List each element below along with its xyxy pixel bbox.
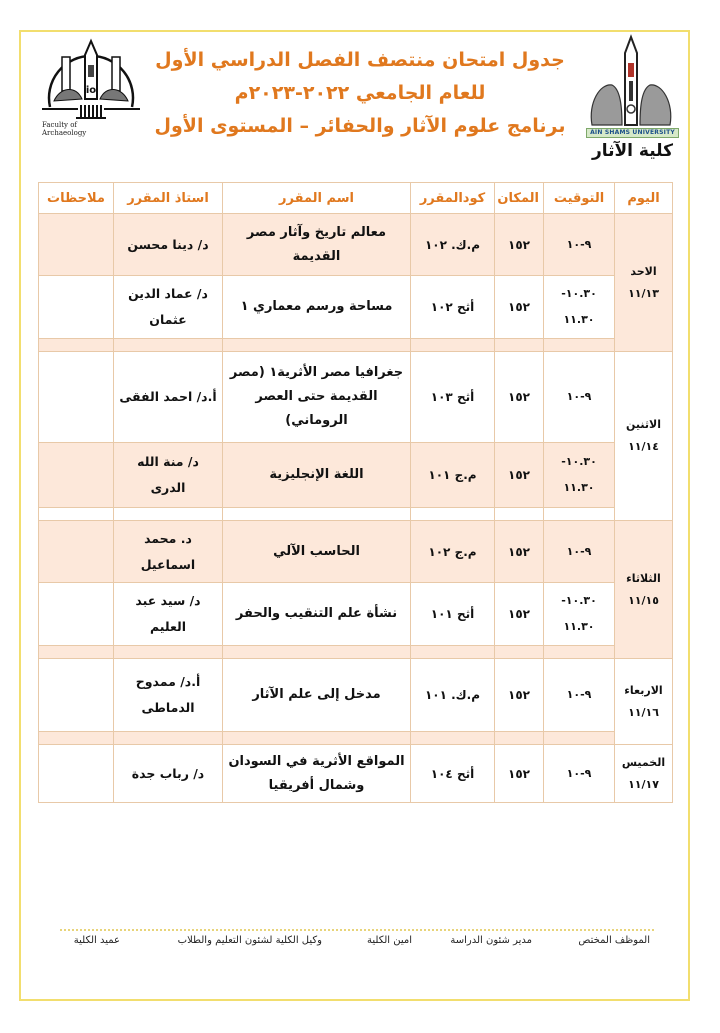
day-cell-wednesday: الاربعاء ١١/١٦ [615,659,673,745]
place-cell: ١٥٢ [495,276,544,339]
course-name-cell: اللغة الإنجليزية [223,443,411,508]
signature-dean: عميد الكلية [74,935,120,946]
faculty-name-arabic: كلية الآثار [585,141,680,161]
professor-cell: د/ سيد عبد العليم [114,583,223,646]
col-header-day: اليوم [615,183,673,214]
ain-shams-band: AIN SHAMS UNIVERSITY [586,128,679,138]
time-cell: ١٠.٣٠- ١١.٣٠ [544,443,615,508]
professor-cell: د/ منة الله الدرى [114,443,223,508]
course-name-cell: مدخل إلى علم الآثار [223,659,411,732]
col-header-place: المكان [495,183,544,214]
signature-studies-director: مدير شئون الدراسة [450,935,532,946]
place-cell: ١٥٢ [495,745,544,803]
notes-cell [39,352,114,443]
time-cell: ٩-١٠ [544,659,615,732]
table-row: ١٠.٣٠- ١١.٣٠ ١٥٢ م.ج ١٠١ اللغة الإنجليزي… [39,443,673,508]
signature-officer: الموظف المختص [578,935,650,946]
separator-row [39,646,673,659]
signature-row: الموظف المختص مدير شئون الدراسة امين الك… [50,935,650,955]
exam-schedule-table: اليوم التوقيت المكان كودالمقرر اسم المقر… [38,182,673,803]
course-code-cell: أثح ١٠١ [411,583,495,646]
table-header-row: اليوم التوقيت المكان كودالمقرر اسم المقر… [39,183,673,214]
col-header-time: التوقيت [544,183,615,214]
professor-cell: د/ دينا محسن [114,214,223,276]
course-code-cell: م.ك. ١٠١ [411,659,495,732]
course-code-cell: م.ج ١٠٢ [411,521,495,583]
signature-divider [60,929,654,931]
time-cell: ٩-١٠ [544,745,615,803]
table-row: الاحد ١١/١٣ ٩-١٠ ١٥٢ م.ك. ١٠٢ معالم تاري… [39,214,673,276]
col-header-professor: استاذ المقرر [114,183,223,214]
notes-cell [39,214,114,276]
page-title: جدول امتحان منتصف الفصل الدراسي الأول لل… [150,44,570,143]
day-cell-tuesday: الثلاثاء ١١/١٥ [615,521,673,659]
place-cell: ١٥٢ [495,352,544,443]
notes-cell [39,276,114,339]
separator-row [39,508,673,521]
professor-cell: د. محمد اسماعيل [114,521,223,583]
day-cell-sunday: الاحد ١١/١٣ [615,214,673,352]
notes-cell [39,583,114,646]
table-row: الثلاثاء ١١/١٥ ٩-١٠ ١٥٢ م.ج ١٠٢ الحاسب ا… [39,521,673,583]
table-row: الاثنين ١١/١٤ ٩-١٠ ١٥٢ أثح ١٠٣ جغرافيا م… [39,352,673,443]
professor-cell: د/ رباب جدة [114,745,223,803]
notes-cell [39,659,114,732]
table-row: ١٠.٣٠- ١١.٣٠ ١٥٢ أثح ١٠٢ مساحة ورسم معما… [39,276,673,339]
col-header-notes: ملاحظات [39,183,114,214]
place-cell: ١٥٢ [495,583,544,646]
notes-cell [39,745,114,803]
time-cell: ١٠.٣٠- ١١.٣٠ [544,583,615,646]
signature-vice-dean: وكيل الكلية لشئون التعليم والطلاب [178,935,322,946]
notes-cell [39,443,114,508]
course-code-cell: أثح ١٠٤ [411,745,495,803]
course-name-cell: المواقع الأثرية في السودان وشمال أفريقيا [223,745,411,803]
place-cell: ١٥٢ [495,659,544,732]
place-cell: ١٥٢ [495,521,544,583]
place-cell: ١٥٢ [495,443,544,508]
separator-row [39,732,673,745]
table-row: الاربعاء ١١/١٦ ٩-١٠ ١٥٢ م.ك. ١٠١ مدخل إل… [39,659,673,732]
obelisk-circle-icon: io [36,35,146,121]
col-header-course-name: اسم المقرر [223,183,411,214]
place-cell: ١٥٢ [495,214,544,276]
time-cell: ١٠.٣٠- ١١.٣٠ [544,276,615,339]
course-code-cell: أثح ١٠٢ [411,276,495,339]
signature-faculty-secretary: امين الكلية [367,935,412,946]
course-code-cell: م.ك. ١٠٢ [411,214,495,276]
professor-cell: د/ عماد الدين عثمان [114,276,223,339]
col-header-course-code: كودالمقرر [411,183,495,214]
separator-row [39,339,673,352]
course-name-cell: نشأة علم التنقيب والحفر [223,583,411,646]
course-name-cell: جغرافيا مصر الأثرية١ (مصر القديمة حتى ال… [223,352,411,443]
title-line-3: برنامج علوم الآثار والحفائر – المستوى ال… [150,110,570,143]
table-row: ١٠.٣٠- ١١.٣٠ ١٥٢ أثح ١٠١ نشأة علم التنقي… [39,583,673,646]
day-cell-thursday: الخميس ١١/١٧ [615,745,673,803]
professor-cell: أ.د/ احمد الفقى [114,352,223,443]
faculty-of-archaeology-caption: Faculty of Archaeology [42,121,86,137]
faculty-of-archaeology-logo: io [36,35,146,135]
table-row: الخميس ١١/١٧ ٩-١٠ ١٥٢ أثح ١٠٤ المواقع ال… [39,745,673,803]
professor-cell: أ.د/ ممدوح الدماطى [114,659,223,732]
day-cell-monday: الاثنين ١١/١٤ [615,352,673,521]
course-name-cell: مساحة ورسم معماري ١ [223,276,411,339]
course-code-cell: أثح ١٠٣ [411,352,495,443]
notes-cell [39,521,114,583]
title-line-1: جدول امتحان منتصف الفصل الدراسي الأول [150,44,570,77]
time-cell: ٩-١٠ [544,352,615,443]
time-cell: ٩-١٠ [544,214,615,276]
svg-text:io: io [86,85,96,96]
course-name-cell: معالم تاريخ وآثار مصر القديمة [223,214,411,276]
course-code-cell: م.ج ١٠١ [411,443,495,508]
course-name-cell: الحاسب الآلي [223,521,411,583]
title-line-2: للعام الجامعي ٢٠٢٢-٢٠٢٣م [150,77,570,110]
time-cell: ٩-١٠ [544,521,615,583]
